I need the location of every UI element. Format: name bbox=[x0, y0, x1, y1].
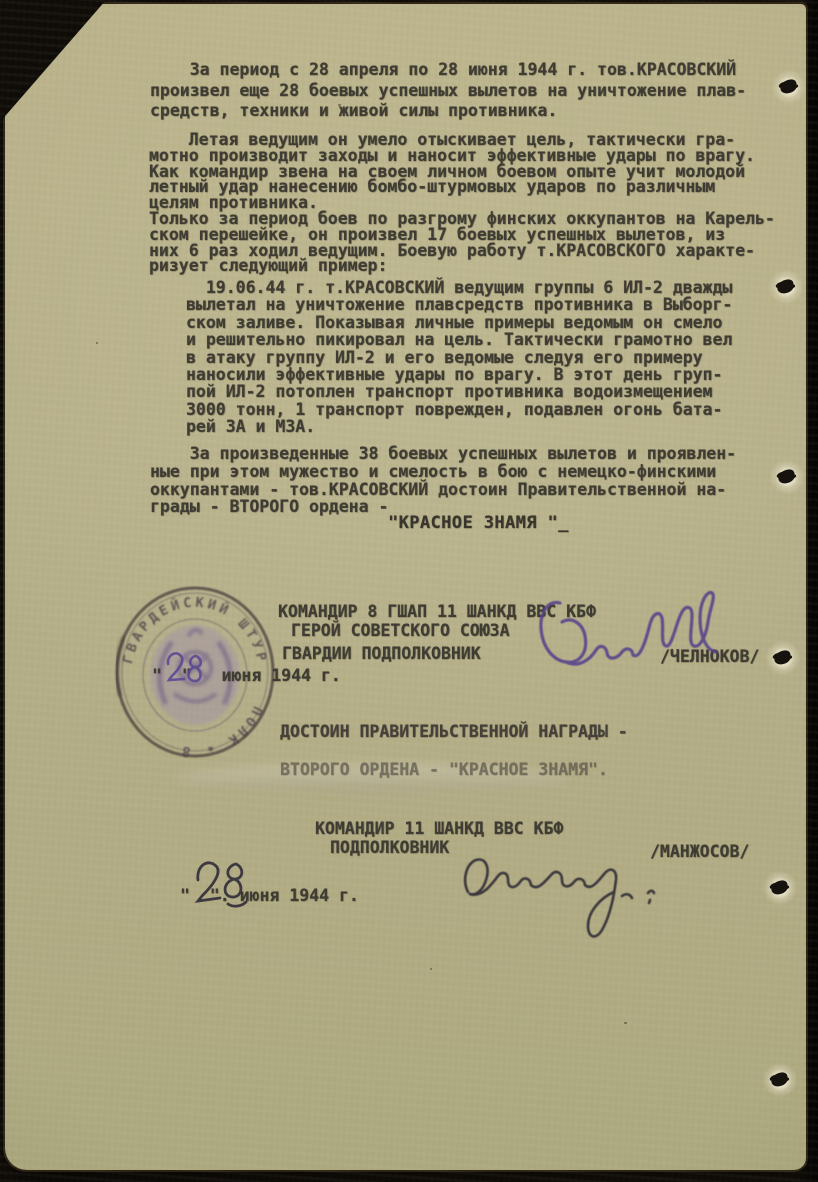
signature-chelnokov bbox=[541, 593, 716, 665]
punch-hole bbox=[760, 868, 800, 908]
scanned-document-page: ГВАРДЕЙСКИЙ ШТУРМОВОЙ ПОЛК ★ 8 За период… bbox=[0, 0, 818, 1182]
punch-hole bbox=[763, 638, 803, 678]
punch-hole bbox=[767, 457, 807, 497]
paper-speck bbox=[624, 1022, 627, 1024]
punch-hole bbox=[760, 1060, 800, 1100]
handwritten-day-1 bbox=[168, 653, 201, 681]
handwritten-day-2 bbox=[198, 863, 246, 906]
paper-speck bbox=[338, 104, 341, 106]
signature-manzhosov bbox=[465, 860, 654, 937]
punch-hole bbox=[766, 267, 806, 307]
paper-speck bbox=[96, 342, 98, 344]
paper-speck bbox=[430, 968, 432, 970]
handwriting-layer bbox=[0, 0, 818, 1182]
punch-hole bbox=[769, 67, 809, 107]
